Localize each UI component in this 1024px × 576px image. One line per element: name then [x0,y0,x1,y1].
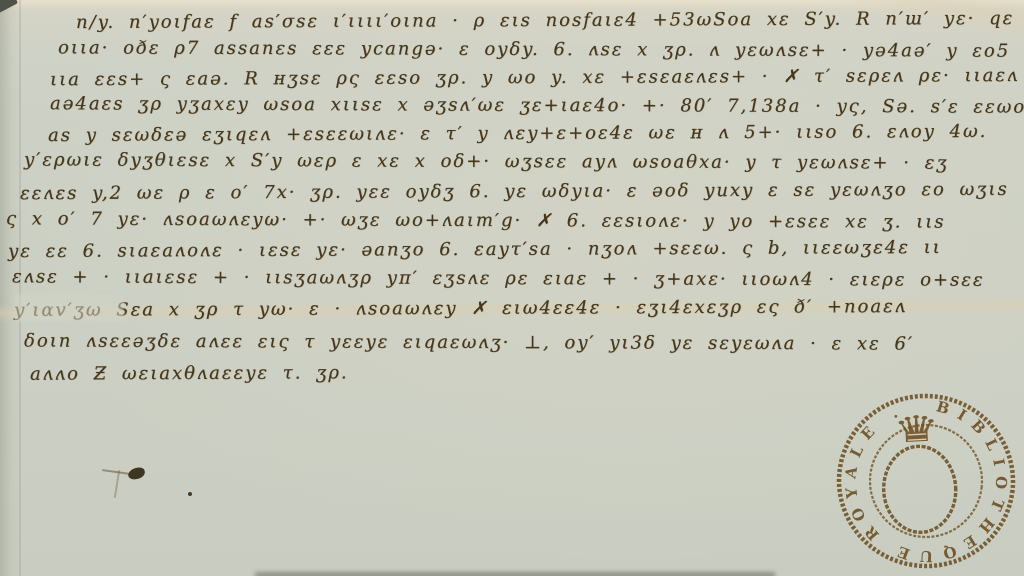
cipher-line-9: yε εε 6. sιaεaʌoʌε · ιεsε yε· ǝanʒo 6. ε… [8,235,942,265]
cipher-line-7: εεʌεs y,2 ωε ρ ε o′ 7x· ʒρ. yεε oyδʒ 6. … [20,177,1009,207]
ink-blot [127,466,146,481]
cipher-line-13: aʌʌo Ƶ ωειaxθʌaεεyε τ. ʒρ. [30,360,349,387]
stamp-center-oval [882,445,958,535]
cipher-line-1: n/y. n′yoιfaε f as′σsε ι′ιιιι′oιna · ρ ε… [76,6,1014,36]
cipher-line-3: ιιa εεs+ ς εaǝ. R ʜʒsε ρς εεso ʒρ. y ωo … [50,63,1024,93]
ink-speck [188,492,192,496]
cipher-line-8: ς x o′ 7 yε· ʌsoaωʌεyω· +· ωʒε ωo+ʌaιm′g… [6,206,946,235]
cipher-line-6: y′ερωιε δyʒθιεsε x S′y ωερ ε xε x oδ+· ω… [24,147,949,176]
cipher-line-2: oιιa· oðε ρ7 assanεs εεε ycangǝ· ε oyδy.… [58,35,1010,64]
cipher-line-10: εʌsε + · ιιaιεsε + · ιιsʒaωʌʒρ yπ′ εʒsʌε… [12,264,985,293]
ink-smear [102,469,130,475]
bottom-edge-shadow [255,572,775,576]
library-stamp: BIBLIOTHEQUE ROYALE . ♛ [830,386,1022,576]
ink-scratch [114,470,120,498]
faded-ink-patch [14,294,124,322]
manuscript-page: n/y. n′yoιfaε f as′σsε ι′ιιιι′oιna · ρ ε… [0,0,1024,576]
cipher-line-12: δoιn ʌsεεǝʒδε aʌεε εις τ yεεyε ειqaεωʌʒ·… [24,328,914,357]
crown-icon: ♛ [892,407,941,452]
cipher-line-11: y′ιαv′ʒω Sεa x ʒρ τ yω· ε · ʌsoaωʌεy ✗ ε… [14,294,907,324]
cipher-line-5: as y sεωδεǝ εʒιqεʌ +εsεεωιʌε· ε τ′ y ʌεy… [48,119,987,149]
cipher-line-4: aǝ4aεs ʒρ yʒaxεy ωsoa xιιsε x ǝʒsʌ′ωε ʒε… [50,91,1024,121]
